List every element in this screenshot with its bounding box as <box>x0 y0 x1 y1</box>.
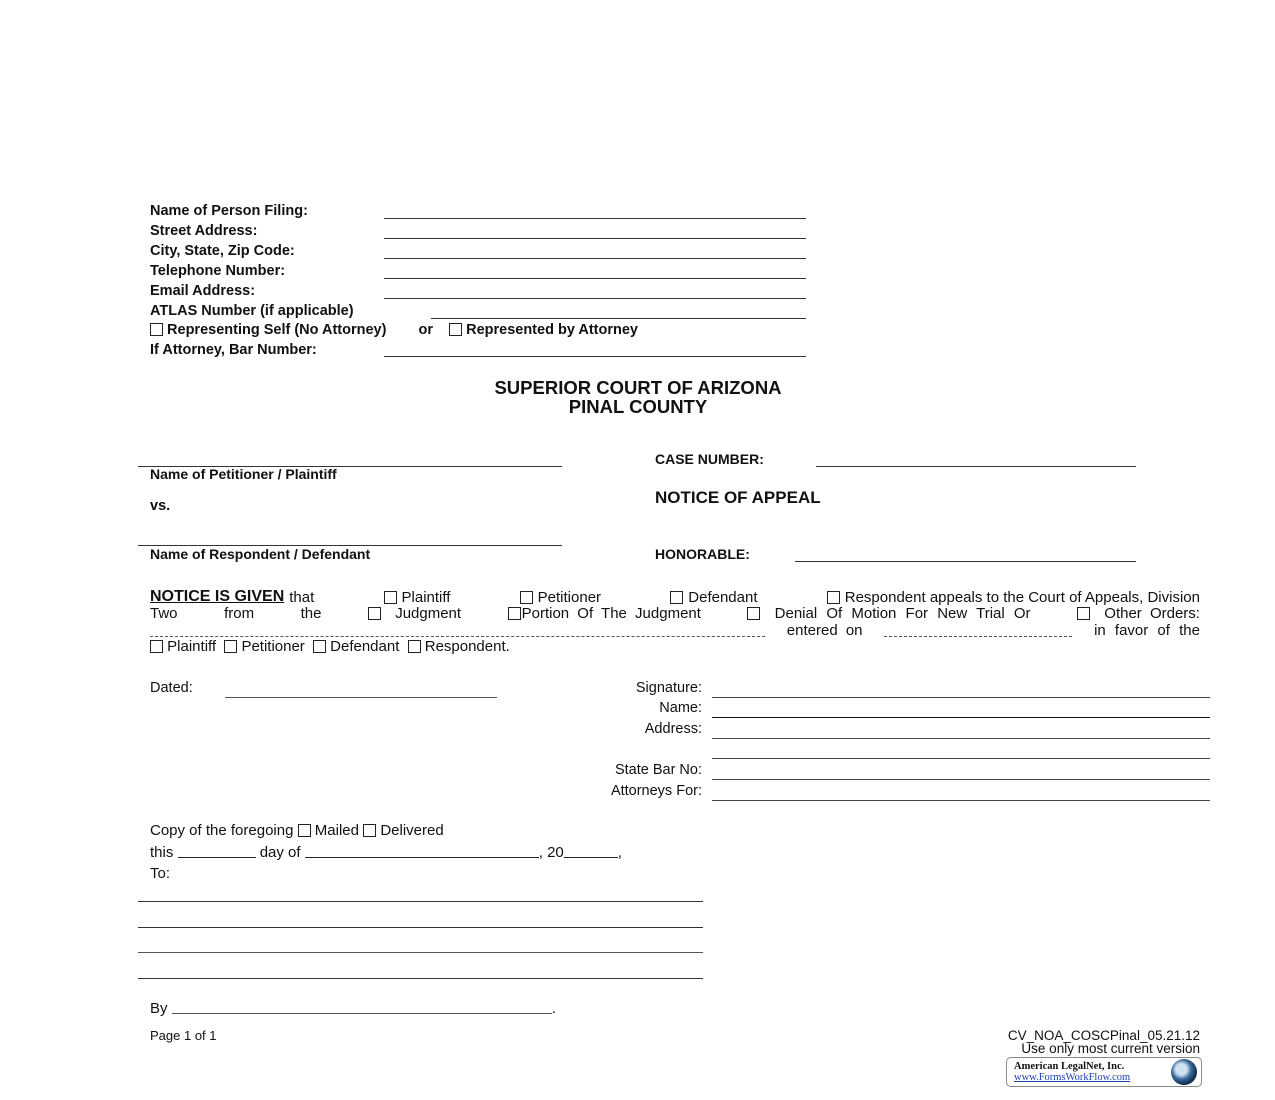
favor-defendant-checkbox[interactable] <box>313 640 326 653</box>
attorney-address-field-1[interactable] <box>712 738 1210 739</box>
service-date-row: this day of , 20, <box>150 844 622 861</box>
signature-label: Signature: <box>502 680 702 696</box>
street-address-field[interactable] <box>384 238 806 239</box>
favor-respondent-label: Respondent. <box>425 638 510 655</box>
document-title: NOTICE OF APPEAL <box>655 488 821 508</box>
globe-icon <box>1171 1059 1197 1085</box>
portion-of-judgment-checkbox[interactable] <box>508 607 521 620</box>
representing-self-label: Representing Self (No Attorney) <box>167 322 386 338</box>
service-day-field[interactable] <box>178 844 256 858</box>
appellant-petitioner-label: Petitioner <box>538 589 601 606</box>
city-state-zip-field[interactable] <box>384 258 806 259</box>
petitioner-label: Name of Petitioner / Plaintiff <box>150 466 337 482</box>
respondent-label: Name of Respondent / Defendant <box>150 546 370 562</box>
other-orders-description-field[interactable] <box>150 624 765 637</box>
notice-heading: NOTICE IS GIVEN <box>150 588 284 606</box>
honorable-label: HONORABLE: <box>655 546 750 562</box>
filer-name-field[interactable] <box>384 218 806 219</box>
attorneys-for-label: Attorneys For: <box>502 783 702 799</box>
appellant-plaintiff-label: Plaintiff <box>402 589 451 606</box>
copy-of-foregoing-row: Copy of the foregoing Mailed Delivered <box>150 822 444 839</box>
that-label: that <box>289 589 314 606</box>
appellant-defendant-checkbox[interactable] <box>670 591 683 604</box>
bar-number-field[interactable] <box>384 356 806 357</box>
from-word: from <box>224 605 254 622</box>
copy-label: Copy of the foregoing <box>150 822 293 839</box>
mailed-checkbox[interactable] <box>298 824 311 837</box>
judgment-checkbox[interactable] <box>368 607 381 620</box>
city-state-zip-label: City, State, Zip Code: <box>150 243 295 259</box>
delivered-label: Delivered <box>380 822 443 839</box>
appellant-plaintiff-checkbox[interactable] <box>384 591 397 604</box>
two-word: Two <box>150 605 178 622</box>
denial-of-motion-label: Denial Of Motion For New Trial Or <box>775 605 1031 622</box>
county-name: PINAL COUNTY <box>0 396 1200 418</box>
signature-field[interactable] <box>712 697 1210 698</box>
recipient-field-4[interactable] <box>138 978 703 979</box>
email-label: Email Address: <box>150 283 255 299</box>
in-favor-of-label: in favor of the <box>1094 622 1200 639</box>
year-prefix: , 20 <box>539 844 564 861</box>
other-orders-checkbox[interactable] <box>1077 607 1090 620</box>
vendor-logo[interactable]: American LegalNet, Inc. www.FormsWorkFlo… <box>1006 1057 1202 1087</box>
year-suffix: , <box>618 844 622 861</box>
judgment-label: Judgment <box>395 605 461 622</box>
representing-self-checkbox[interactable] <box>150 323 163 336</box>
vendor-name: American LegalNet, Inc. <box>1014 1061 1124 1072</box>
this-label: this <box>150 844 173 861</box>
favor-plaintiff-checkbox[interactable] <box>150 640 163 653</box>
appellant-petitioner-checkbox[interactable] <box>520 591 533 604</box>
appellant-defendant-label: Defendant <box>688 589 757 606</box>
favor-petitioner-checkbox[interactable] <box>224 640 237 653</box>
state-bar-field[interactable] <box>712 779 1210 780</box>
recipient-field-1[interactable] <box>138 901 703 902</box>
case-number-field[interactable] <box>816 466 1136 467</box>
street-address-label: Street Address: <box>150 223 257 239</box>
service-year-field[interactable] <box>564 844 618 858</box>
or-label: or <box>419 322 434 338</box>
dated-label: Dated: <box>150 680 193 696</box>
other-orders-label: Other Orders: <box>1104 605 1200 622</box>
notice-line-1: NOTICE IS GIVENthat Plaintiff Petitioner… <box>150 588 1200 606</box>
notice-line-3: entered on in favor of the <box>150 622 1200 639</box>
attorney-name-field[interactable] <box>712 717 1210 718</box>
attorneys-for-field[interactable] <box>712 800 1210 801</box>
state-bar-label: State Bar No: <box>502 762 702 778</box>
dated-field[interactable] <box>225 697 497 698</box>
atlas-number-label: ATLAS Number (if applicable) <box>150 303 354 319</box>
recipient-field-2[interactable] <box>138 927 703 928</box>
email-field[interactable] <box>384 298 806 299</box>
favor-respondent-checkbox[interactable] <box>408 640 421 653</box>
telephone-label: Telephone Number: <box>150 263 285 279</box>
denial-of-motion-checkbox[interactable] <box>747 607 760 620</box>
the-word: the <box>301 605 322 622</box>
attorney-address-label: Address: <box>502 721 702 737</box>
appellant-respondent-checkbox[interactable] <box>827 591 840 604</box>
by-signature-field[interactable] <box>172 1000 552 1014</box>
representation-row: Representing Self (No Attorney) or Repre… <box>150 322 638 338</box>
represented-by-attorney-label: Represented by Attorney <box>466 322 638 338</box>
page-number: Page 1 of 1 <box>150 1028 217 1043</box>
by-label: By <box>150 1000 168 1017</box>
honorable-field[interactable] <box>795 561 1136 562</box>
favor-plaintiff-label: Plaintiff <box>167 638 216 655</box>
service-month-field[interactable] <box>305 844 539 858</box>
mailed-label: Mailed <box>315 822 359 839</box>
telephone-field[interactable] <box>384 278 806 279</box>
favor-petitioner-label: Petitioner <box>241 638 304 655</box>
favor-defendant-label: Defendant <box>330 638 399 655</box>
to-label: To: <box>150 865 170 882</box>
recipient-field-3[interactable] <box>138 952 703 953</box>
attorney-name-label: Name: <box>502 700 702 716</box>
filer-name-label: Name of Person Filing: <box>150 203 308 219</box>
atlas-number-field[interactable] <box>431 318 806 319</box>
respondent-appeals-text: Respondent appeals to the Court of Appea… <box>845 589 1200 606</box>
vendor-url-link[interactable]: www.FormsWorkFlow.com <box>1014 1072 1130 1083</box>
entered-on-label: entered on <box>787 622 863 639</box>
delivered-checkbox[interactable] <box>363 824 376 837</box>
by-row: By . <box>150 1000 556 1017</box>
version-note: Use only most current version <box>1021 1041 1200 1056</box>
by-suffix: . <box>552 1000 556 1017</box>
vs-label: vs. <box>150 498 170 514</box>
notice-line-4: Plaintiff Petitioner Defendant Responden… <box>150 638 510 655</box>
notice-line-2: Two from the Judgment Portion Of The Jud… <box>150 605 1200 622</box>
represented-by-attorney-checkbox[interactable] <box>449 323 462 336</box>
case-number-label: CASE NUMBER: <box>655 451 764 467</box>
portion-of-judgment-label: Portion Of The Judgment <box>522 605 701 622</box>
day-of-label: day of <box>260 844 301 861</box>
attorney-address-field-2[interactable] <box>712 758 1210 759</box>
entered-on-date-field[interactable] <box>884 624 1072 637</box>
bar-number-label: If Attorney, Bar Number: <box>150 342 317 358</box>
